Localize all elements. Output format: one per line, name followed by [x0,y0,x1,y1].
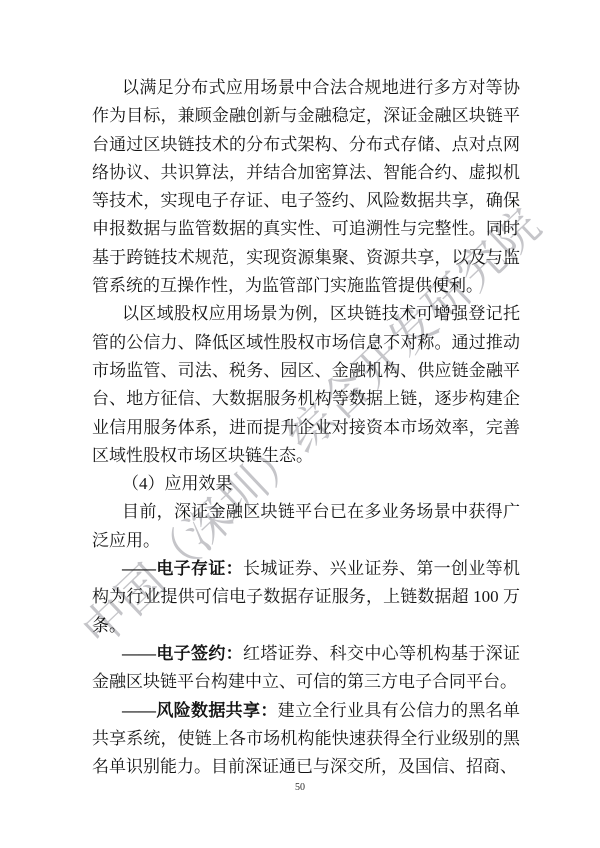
paragraph: 以区域股权应用场景为例，区块链技术可增强登记托管的公信力、降低区域性股权市场信息… [92,300,520,470]
paragraph-text: 以满足分布式应用场景中合法合规地进行多方对等协作为目标，兼顾金融创新与金融稳定，… [92,78,520,295]
paragraph-text: （4）应用效果 [122,474,233,493]
paragraph-text: 目前，深证金融区块链平台已在多业务场景中获得广泛应用。 [92,502,520,549]
section-heading: （4）应用效果 [92,470,520,498]
bullet-paragraph: ——风险数据共享：建立全行业具有公信力的黑名单共享系统，使链上各市场机构能快速获… [92,697,520,782]
paragraph: 以满足分布式应用场景中合法合规地进行多方对等协作为目标，兼顾金融创新与金融稳定，… [92,74,520,300]
page-number: 50 [0,782,600,793]
bullet-paragraph: ——电子签约：红塔证券、科交中心等机构基于深证金融区块链平台构建中立、可信的第三… [92,640,520,697]
paragraph-lead: ——风险数据共享： [122,701,278,720]
paragraph: 目前，深证金融区块链平台已在多业务场景中获得广泛应用。 [92,498,520,555]
paragraph-text: 以区域股权应用场景为例，区块链技术可增强登记托管的公信力、降低区域性股权市场信息… [92,304,520,464]
bullet-paragraph: ——电子存证：长城证券、兴业证券、第一创业等机构为行业提供可信电子数据存证服务，… [92,555,520,640]
paragraph-lead: ——电子签约： [122,644,243,663]
paragraph-lead: ——电子存证： [122,559,243,578]
document-page: 中国（深圳）综合开发研究院 以满足分布式应用场景中合法合规地进行多方对等协作为目… [0,0,600,848]
page-body-text: 以满足分布式应用场景中合法合规地进行多方对等协作为目标，兼顾金融创新与金融稳定，… [92,74,520,781]
